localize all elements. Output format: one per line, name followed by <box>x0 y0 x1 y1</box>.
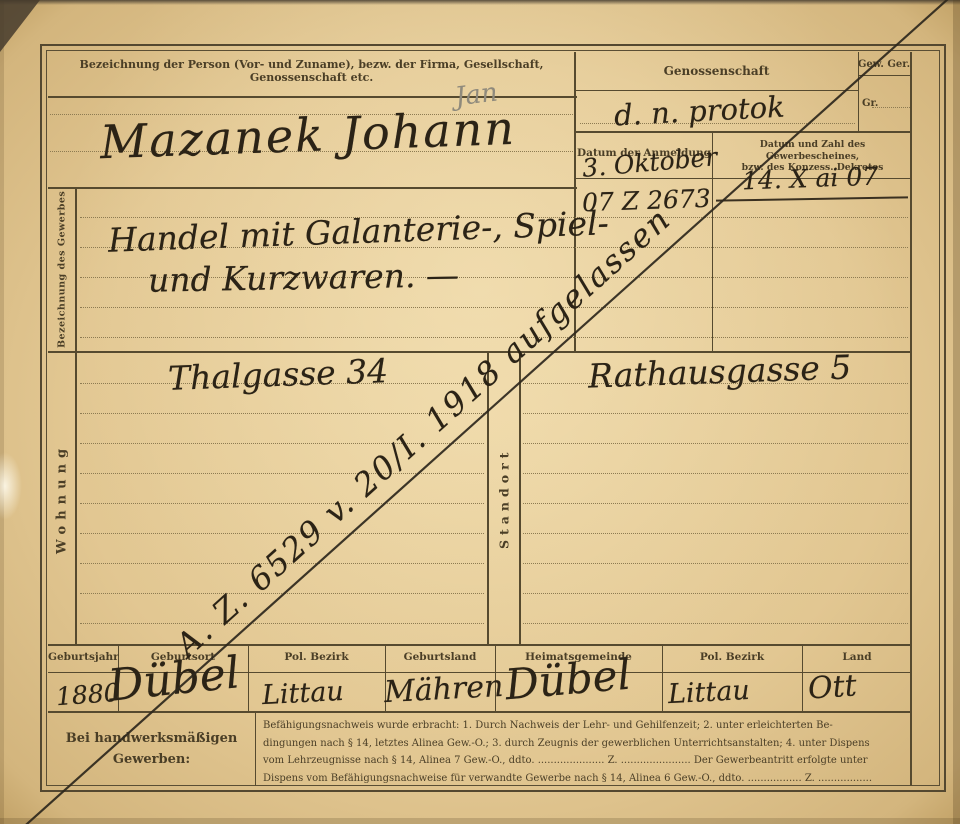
handwerk-label: Bei handwerksmäßigen Gewerben: <box>49 728 254 770</box>
ruled-dotted-line <box>80 307 908 308</box>
ruled-dotted-line <box>523 533 908 534</box>
form-rule-vertical <box>255 712 256 786</box>
paper-stain <box>0 452 22 520</box>
gewerbe-register-card: Bezeichnung der Person (Vor- und Zuname)… <box>0 0 960 824</box>
form-rule-vertical <box>75 188 77 645</box>
ruled-dotted-line <box>523 503 908 504</box>
ruled-dotted-line <box>523 413 908 414</box>
gew-ger-header: Gew. Ger. <box>857 59 911 70</box>
scan-edge-top <box>0 0 960 5</box>
ruled-dotted-line <box>80 503 484 504</box>
gewerbe-value-line2: und Kurzwaren. — <box>148 255 460 299</box>
ruled-dotted-line <box>80 593 484 594</box>
geburtsland-header: Geburtsland <box>385 651 495 663</box>
gewerbeschein-value-handwriting: 14. X ai 07 <box>742 162 879 196</box>
scan-edge-left <box>0 0 4 824</box>
form-rule-horizontal <box>48 711 912 713</box>
scan-edge-bottom <box>0 818 960 824</box>
standort-section-label: Standort <box>489 353 519 643</box>
pencil-note: Jan <box>453 78 499 113</box>
scan-corner-shadow <box>0 0 40 52</box>
ruled-dotted-line <box>80 337 908 338</box>
wohnung-section-label: Wohnung <box>49 353 75 643</box>
pol-bezirk-header-1: Pol. Bezirk <box>248 651 385 663</box>
form-rule-horizontal <box>858 75 912 76</box>
befaehigung-line1: Befähigungsnachweis wurde erbracht: 1. D… <box>263 717 907 735</box>
ruled-dotted-line <box>523 443 908 444</box>
wohnung-value-handwriting: Thalgasse 34 <box>167 351 388 398</box>
befaehigung-line3: vom Lehrzeugnisse nach § 14, Alinea 7 Ge… <box>263 752 907 770</box>
ruled-dotted-line <box>523 473 908 474</box>
befaehigung-text: Befähigungsnachweis wurde erbracht: 1. D… <box>263 717 907 787</box>
pol-bezirk-header-2: Pol. Bezirk <box>662 651 802 663</box>
scan-edge-right <box>953 0 960 824</box>
form-rule-vertical <box>519 352 521 645</box>
pol-bezirk-value-1: Littau <box>261 676 344 711</box>
form-rule-horizontal <box>48 187 577 189</box>
genossenschaft-header: Genossenschaft <box>576 64 857 78</box>
gewerbe-section-label: Bezeichnung des Gewerbes <box>49 189 75 350</box>
land-value: Ott <box>807 668 858 706</box>
ruled-dotted-line <box>80 623 484 624</box>
befaehigung-line4: Dispens vom Befähigungsnachweise für ver… <box>263 770 907 788</box>
gr-label: Gr. <box>862 98 878 109</box>
handwerk-label-line2: Gewerben: <box>49 749 254 770</box>
pol-bezirk-value-2: Littau <box>667 675 750 710</box>
geburtsland-value: Mähren <box>383 669 504 710</box>
land-header: Land <box>802 651 912 663</box>
ruled-dotted-line <box>523 623 908 624</box>
befaehigung-line2: dingungen nach § 14, letztes Alinea Gew.… <box>263 735 907 753</box>
ruled-dotted-line <box>80 473 484 474</box>
ruled-dotted-line <box>523 593 908 594</box>
form-rule-horizontal <box>575 90 858 91</box>
handwerk-label-line1: Bei handwerksmäßigen <box>49 728 254 749</box>
gewerbeschein-header-line1: Datum und Zahl des Gewerbescheines, <box>714 139 911 162</box>
ruled-dotted-line <box>523 563 908 564</box>
